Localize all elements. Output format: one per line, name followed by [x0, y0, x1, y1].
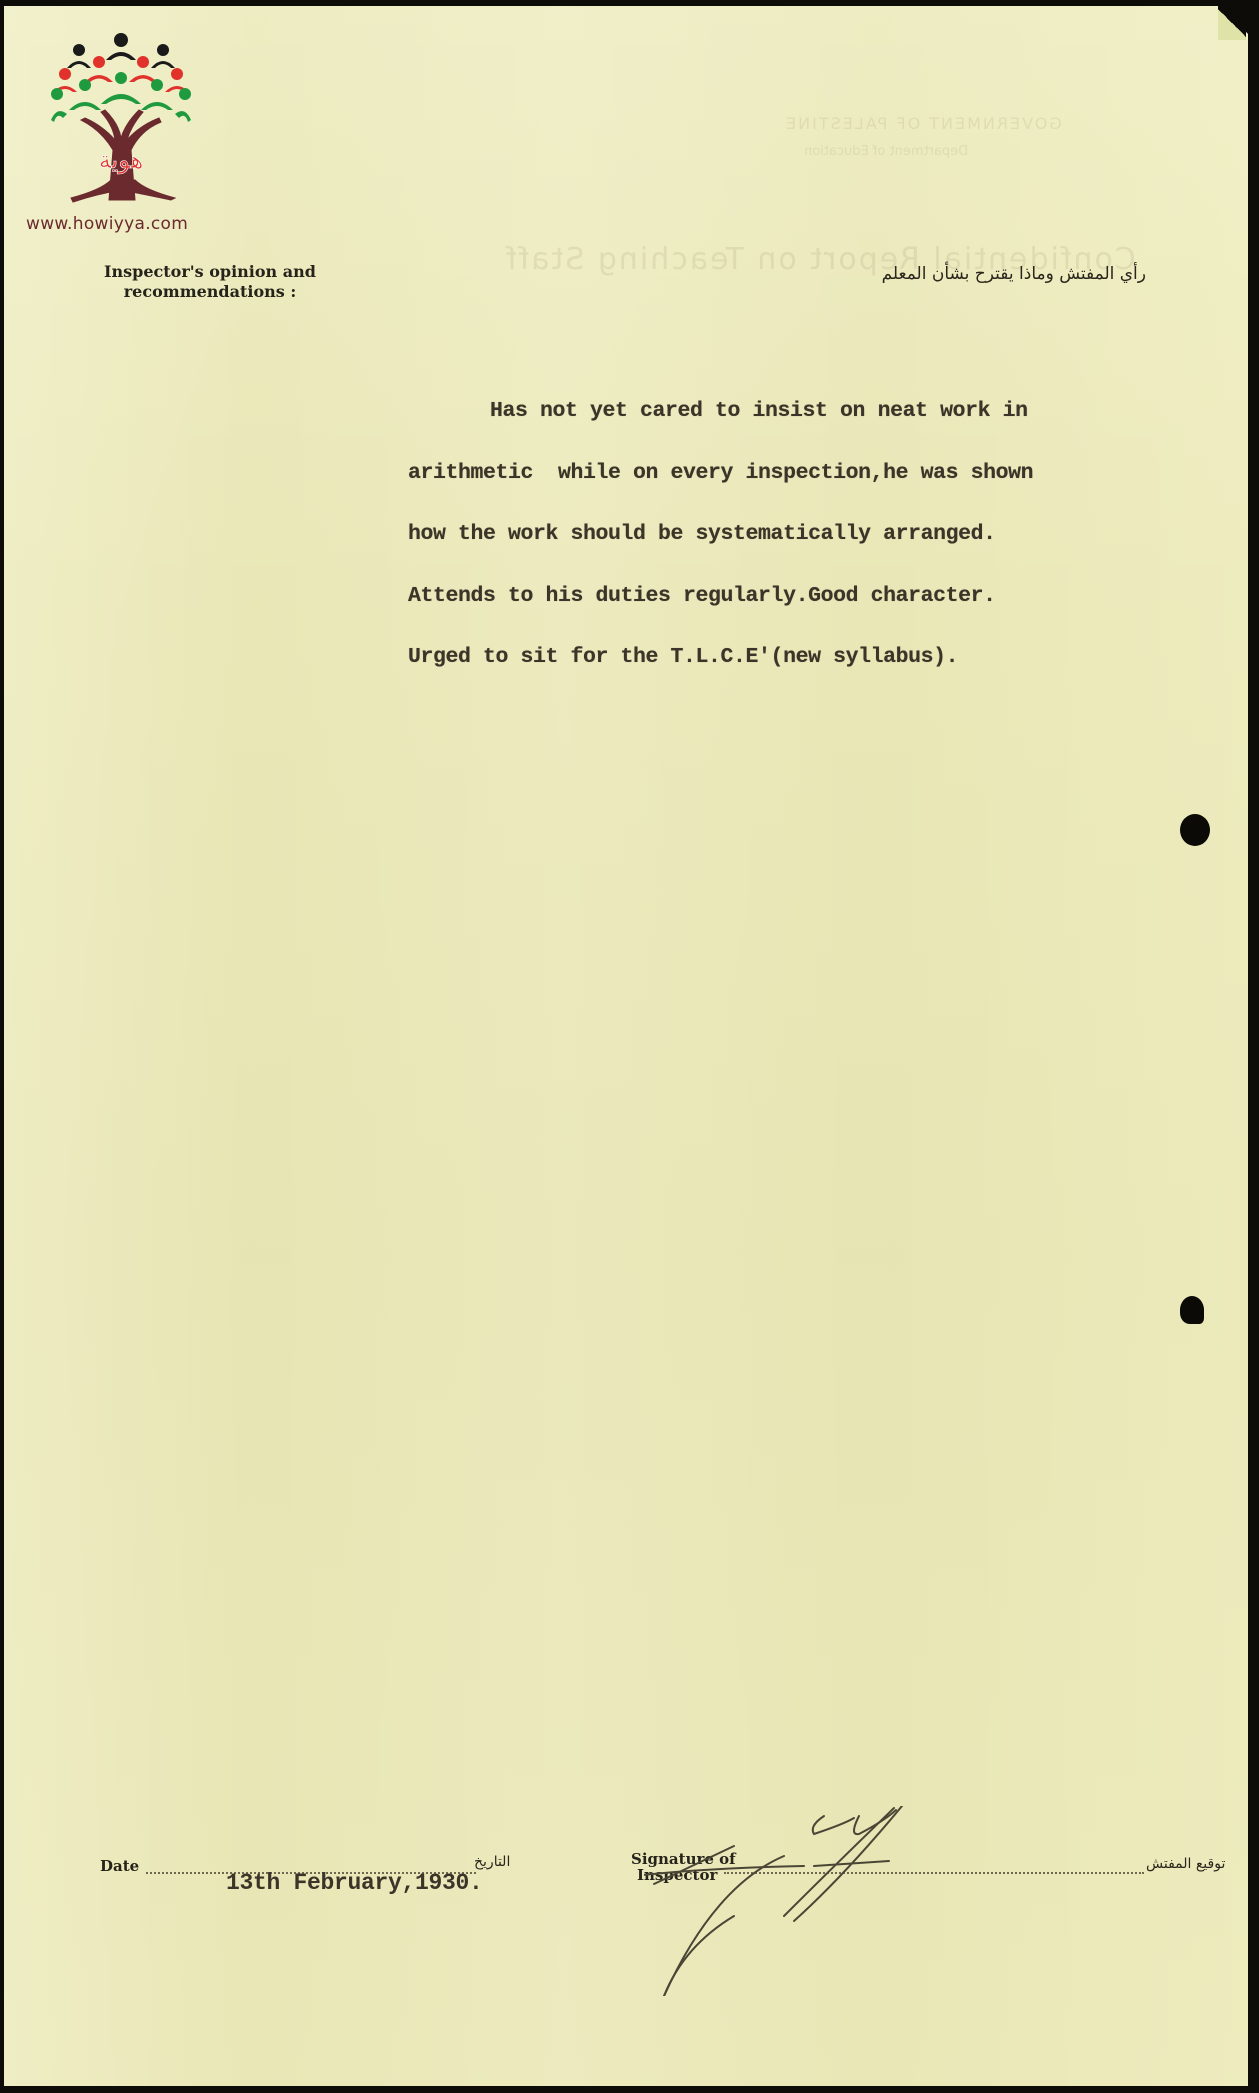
report-line: Attends to his duties regularly.Good cha…: [408, 586, 1033, 607]
inspector-report-text: Has not yet cared to insist on neat work…: [408, 360, 1033, 709]
report-line: Has not yet cared to insist on neat work…: [408, 401, 1033, 422]
folded-corner: [1218, 6, 1246, 40]
inspector-signature-icon: [644, 1806, 1004, 1996]
date-value: 13th February,1930.: [226, 1870, 483, 1896]
tree-people-logo-icon: هوية: [51, 30, 191, 210]
date-label-arabic: التاريخ: [474, 1854, 510, 1870]
report-line: how the work should be systematically ar…: [408, 524, 1033, 545]
logo-url-link[interactable]: www.howiyya.com: [26, 214, 216, 234]
bleed-through-header-line2: Department of Education: [804, 144, 968, 159]
inspector-opinion-label: Inspector's opinion and recommendations …: [90, 262, 330, 302]
report-line: Urged to sit for the T.L.C.E'(new syllab…: [408, 647, 1033, 668]
label-line-2: recommendations :: [90, 282, 330, 302]
howiyya-logo[interactable]: هوية www.howiyya.com: [26, 30, 216, 240]
document-page: GOVERNMENT OF PALESTINE Department of Ed…: [4, 6, 1248, 2086]
punch-hole: [1180, 814, 1210, 846]
inspector-opinion-label-arabic: رأي المفتش وماذا يقترح بشأن المعلم: [882, 264, 1146, 284]
signature-label-arabic: توقيع المفتش: [1146, 1856, 1225, 1872]
report-line: arithmetic while on every inspection,he …: [408, 463, 1033, 484]
logo-wordmark: هوية: [99, 146, 144, 174]
bleed-through-header-line1: GOVERNMENT OF PALESTINE: [784, 114, 1062, 133]
date-label: Date: [100, 1857, 139, 1875]
punch-hole-torn: [1180, 1296, 1204, 1324]
label-line-1: Inspector's opinion and: [90, 262, 330, 282]
